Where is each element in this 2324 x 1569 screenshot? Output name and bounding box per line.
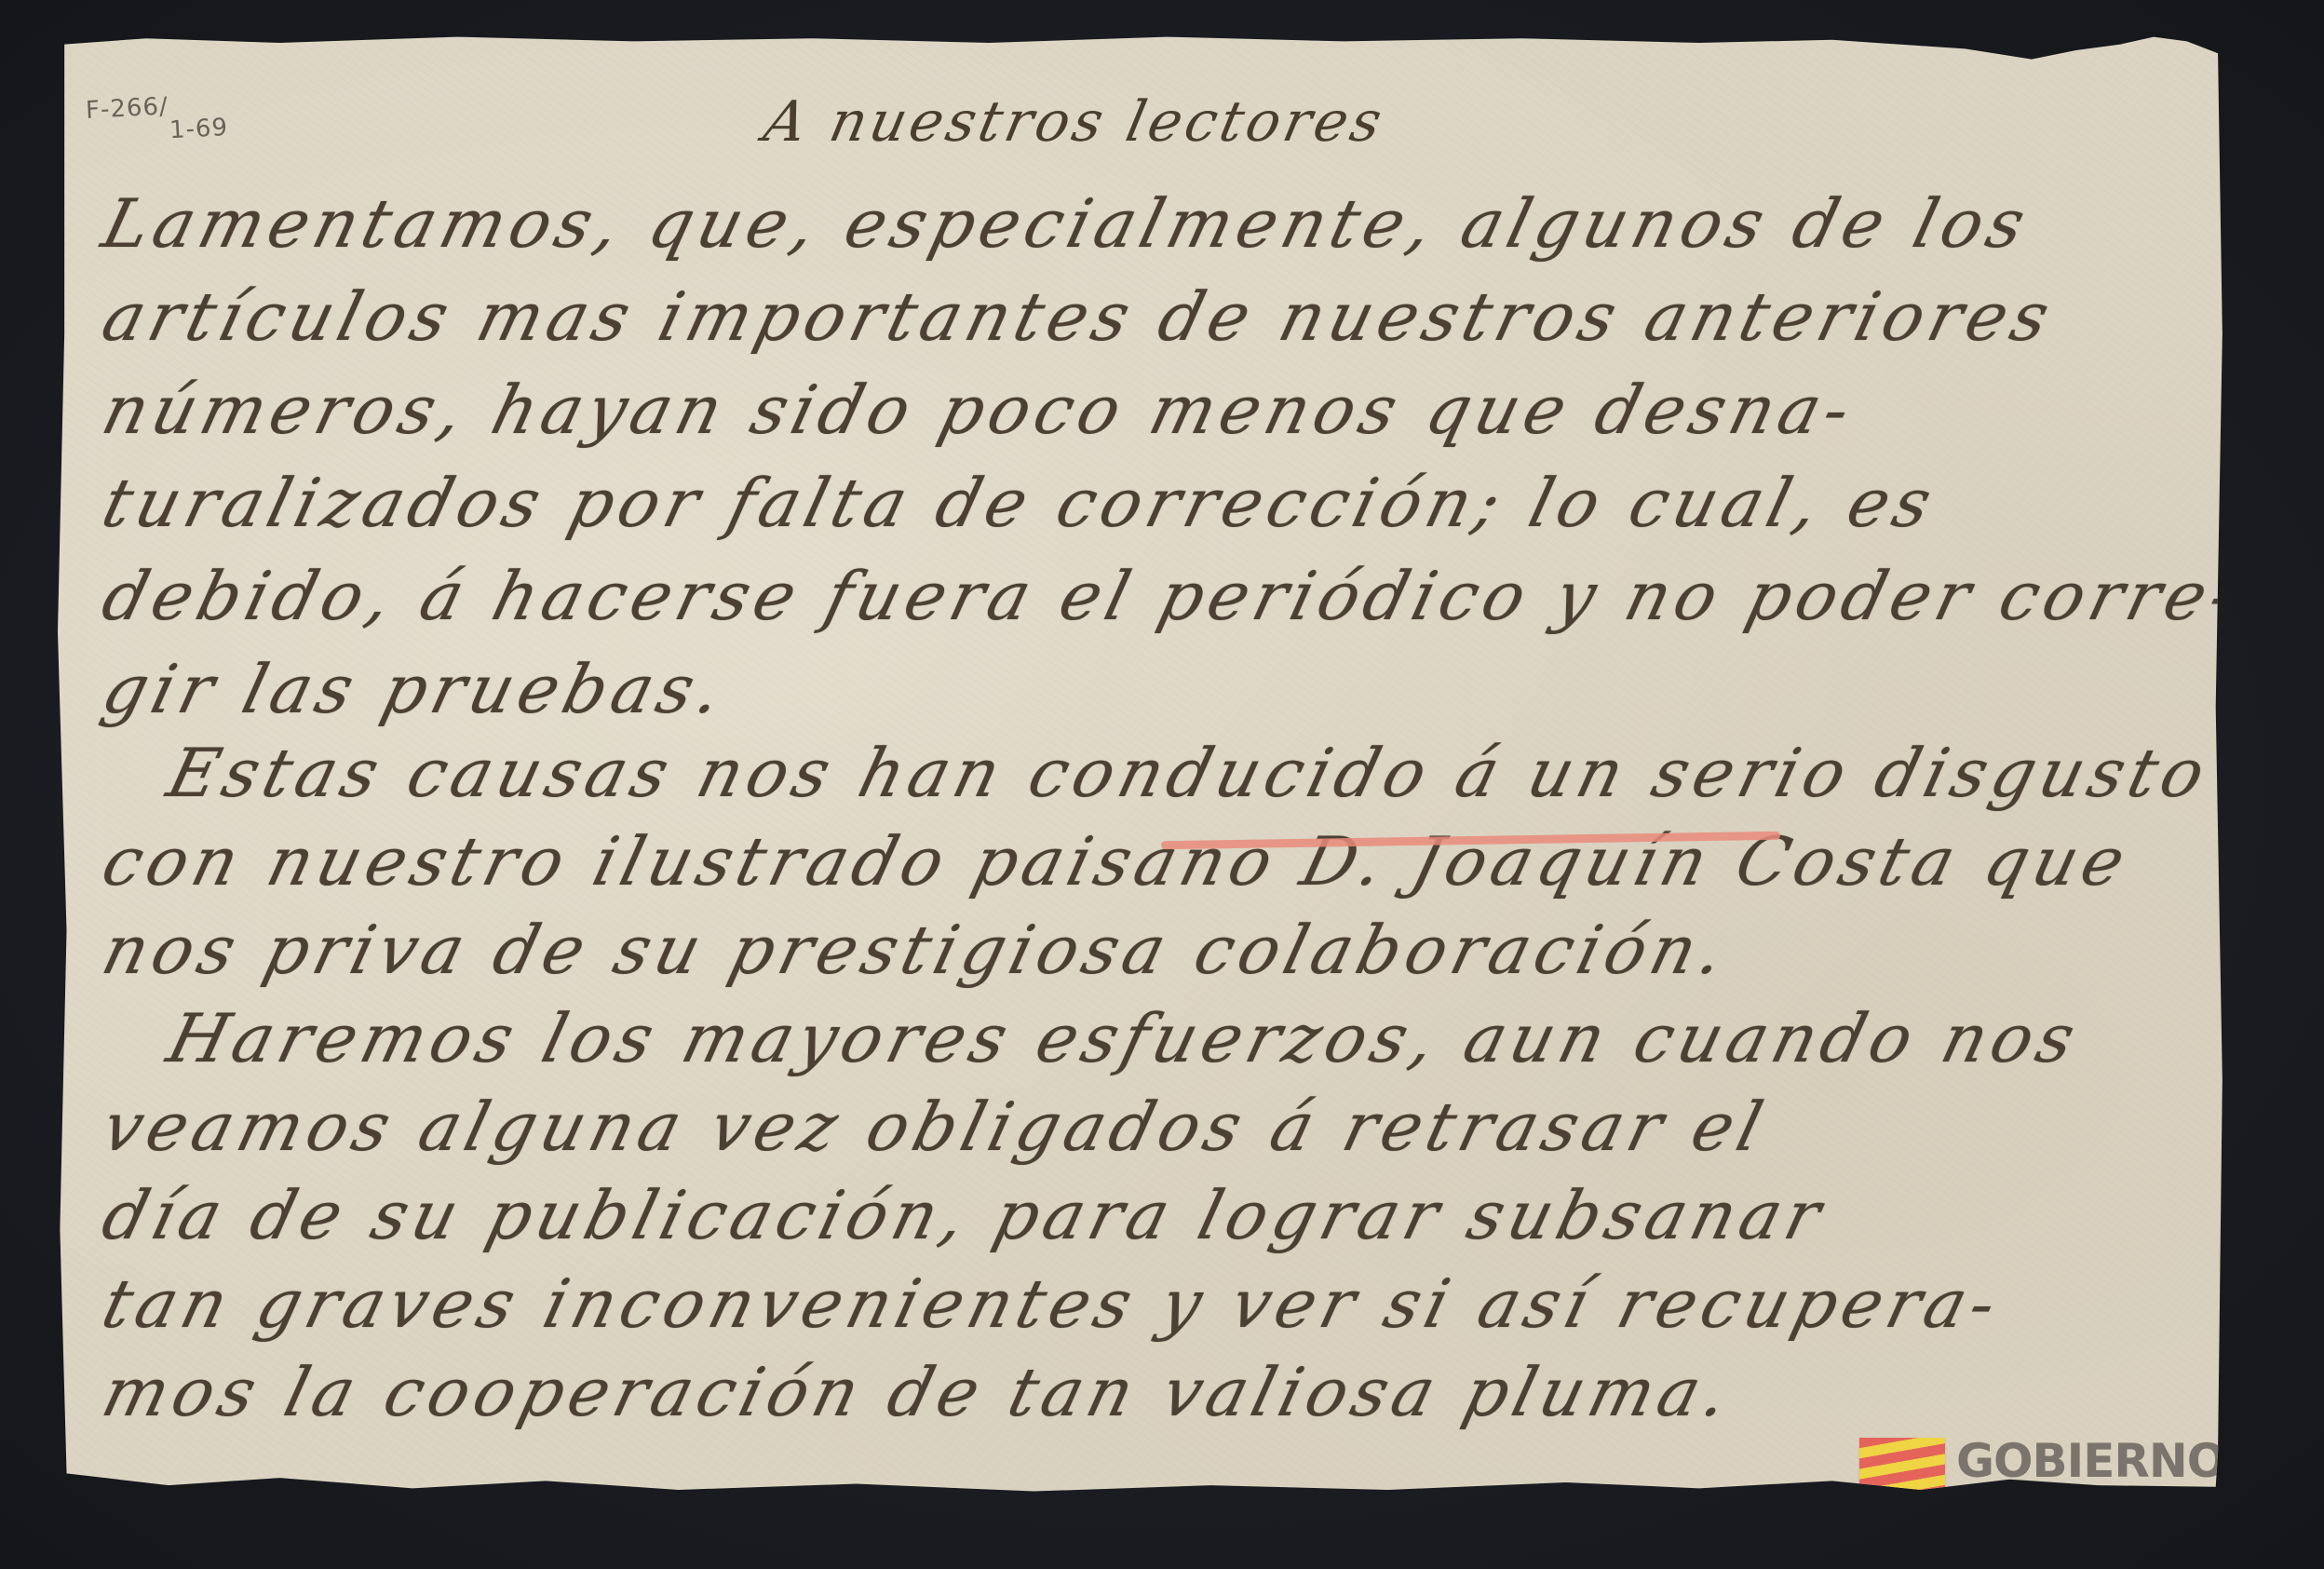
- text-line: nos priva de su prestigiosa colaboración…: [95, 911, 1737, 989]
- text-line: números, hayan sido poco menos que desna…: [95, 371, 1863, 449]
- archive-reference: F-266/1-69: [85, 89, 227, 125]
- archive-reference-code: F-266/: [85, 92, 169, 125]
- text-line: Lamentamos, que, especialmente, algunos …: [95, 184, 2038, 263]
- text-line: veamos alguna vez obligados á retrasar e…: [95, 1088, 1776, 1166]
- text-line: Haremos los mayores esfuerzos, aun cuand…: [160, 999, 2088, 1077]
- text-line: con nuestro ilustrado paisano D. Joaquín…: [95, 822, 2138, 900]
- text-line: gir las pruebas.: [95, 650, 736, 728]
- text-line: mos la cooperación de tan valiosa pluma.: [95, 1353, 1741, 1431]
- text-line: debido, á hacerse fuera el periódico y n…: [95, 557, 2249, 635]
- text-line: turalizados por falta de corrección; lo …: [95, 464, 1944, 542]
- document-title: A nuestros lectores: [759, 89, 1391, 155]
- watermark-line-1: GOBIERNO: [1956, 1437, 2259, 1485]
- text-line: artículos mas importantes de nuestros an…: [95, 277, 2062, 356]
- text-line: tan graves inconvenientes y ver si así r…: [95, 1265, 2009, 1343]
- text-line: Estas causas nos han conducido á un seri…: [160, 734, 2218, 812]
- archive-reference-number: 1-69: [169, 114, 228, 144]
- text-line: día de su publicación, para lograr subsa…: [95, 1176, 1834, 1254]
- manuscript-page: F-266/1-69 A nuestros lectores Lamentamo…: [58, 35, 2276, 1527]
